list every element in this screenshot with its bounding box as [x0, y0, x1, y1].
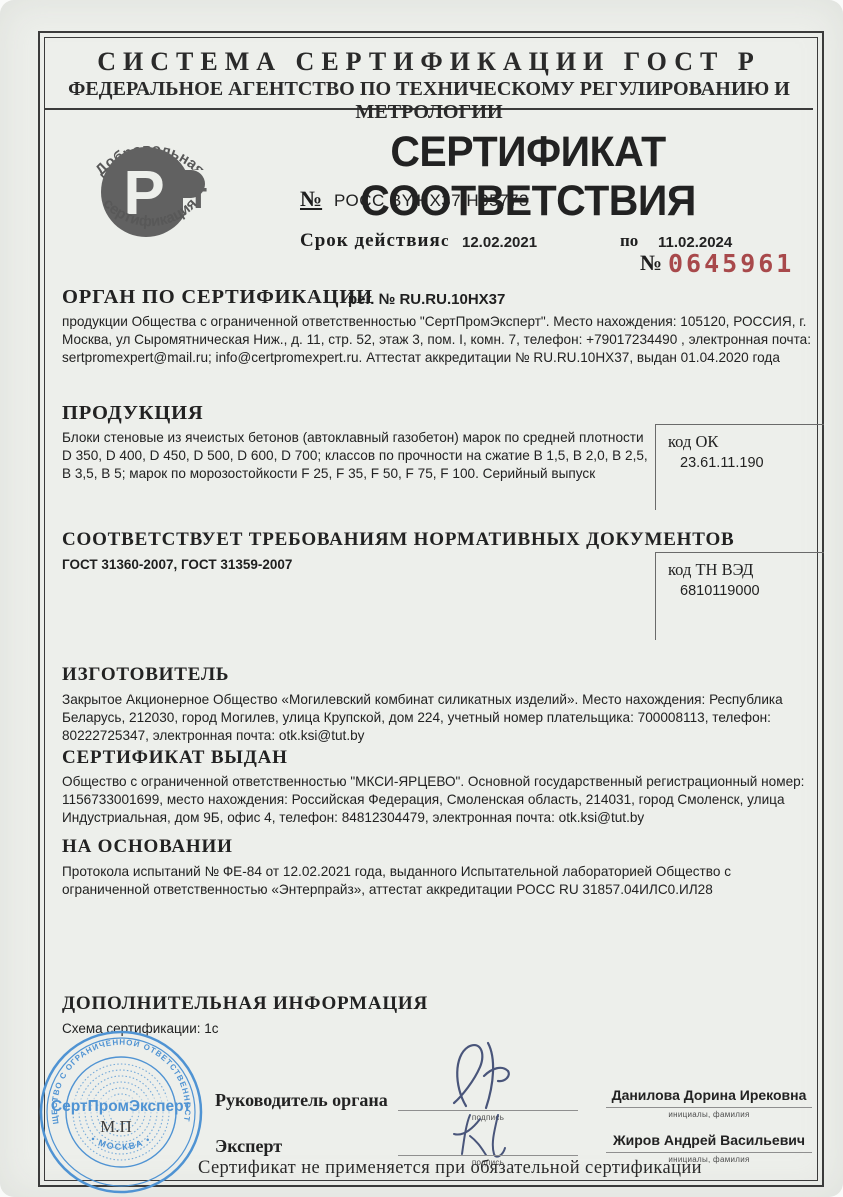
cert-number-value: РОСС BY.НХ37.Н05773: [334, 191, 529, 211]
validity-from-label: с: [441, 231, 449, 251]
signature-role-head: Руководитель органа: [215, 1090, 388, 1111]
product-body-text: Блоки стеновые из ячеистых бетонов (авто…: [62, 429, 650, 483]
federal-agency-title: ФЕДЕРАЛЬНОЕ АГЕНТСТВО ПО ТЕХНИЧЕСКОМУ РЕ…: [53, 78, 806, 124]
head-name: Данилова Дорина Ирековна: [606, 1087, 812, 1103]
expert-signature-line: [398, 1155, 578, 1156]
section-additional-title: ДОПОЛНИТЕЛЬНАЯ ИНФОРМАЦИЯ: [62, 993, 428, 1015]
section-conformity-title: СООТВЕТСТВУЕТ ТРЕБОВАНИЯМ НОРМАТИВНЫХ ДО…: [62, 529, 735, 551]
signature-role-expert: Эксперт: [215, 1136, 282, 1157]
conformity-docs-text: ГОСТ 31360-2007, ГОСТ 31359-2007: [62, 557, 292, 572]
tnved-code-value: 6810119000: [668, 583, 818, 599]
org-body-text: продукции Общества с ограниченной ответс…: [62, 313, 816, 367]
head-signature-icon: [432, 1040, 542, 1110]
certificate-page: СИСТЕМА СЕРТИФИКАЦИИ ГОСТ Р ФЕДЕРАЛЬНОЕ …: [0, 0, 843, 1197]
validity-to-label: по: [620, 231, 638, 251]
head-name-line: [606, 1107, 812, 1108]
org-reg-number: рег. № RU.RU.10НХ37: [348, 291, 505, 308]
section-basis-title: НА ОСНОВАНИИ: [62, 836, 233, 858]
issued-body-text: Общество с ограниченной ответственностью…: [62, 773, 816, 827]
head-signature-line: [398, 1110, 578, 1111]
tnved-code-label: код ТН ВЭД: [668, 560, 818, 580]
basis-body-text: Протокола испытаний № ФЕ-84 от 12.02.202…: [62, 863, 822, 899]
ok-code-box: код ОК 23.61.11.190: [655, 424, 824, 510]
stamp-center-text: СертПромЭксперт: [51, 1098, 191, 1115]
certification-system-title: СИСТЕМА СЕРТИФИКАЦИИ ГОСТ Р: [45, 47, 813, 77]
ok-code-label: код ОК: [668, 432, 818, 452]
validity-from-date: 12.02.2021: [462, 234, 537, 251]
expert-name: Жиров Андрей Васильевич: [606, 1132, 812, 1148]
manufacturer-body-text: Закрытое Акционерное Общество «Могилевск…: [62, 691, 816, 745]
tnved-code-box: код ТН ВЭД 6810119000: [655, 552, 824, 640]
head-name-caption: инициалы, фамилия: [606, 1110, 812, 1119]
section-product-title: ПРОДУКЦИЯ: [62, 402, 203, 425]
cert-number-label: №: [300, 186, 322, 212]
blank-number-value: 0645961: [668, 249, 794, 278]
validity-label: Срок действия: [300, 230, 441, 252]
footer-note: Сертификат не применяется при обязательн…: [150, 1158, 750, 1179]
rst-voluntary-certification-logo-icon: Добровольная т Р сертификация: [68, 120, 232, 262]
expert-name-line: [606, 1152, 812, 1153]
expert-signature-icon: [448, 1112, 528, 1158]
ok-code-value: 23.61.11.190: [668, 455, 818, 471]
section-org-title: ОРГАН ПО СЕРТИФИКАЦИИ: [62, 286, 373, 309]
stamp-mp-label: М.П: [100, 1117, 132, 1136]
section-manufacturer-title: ИЗГОТОВИТЕЛЬ: [62, 664, 229, 686]
section-issued-title: СЕРТИФИКАТ ВЫДАН: [62, 747, 288, 769]
blank-number-sign: №: [640, 250, 662, 276]
header-band: СИСТЕМА СЕРТИФИКАЦИИ ГОСТ Р ФЕДЕРАЛЬНОЕ …: [45, 38, 813, 110]
